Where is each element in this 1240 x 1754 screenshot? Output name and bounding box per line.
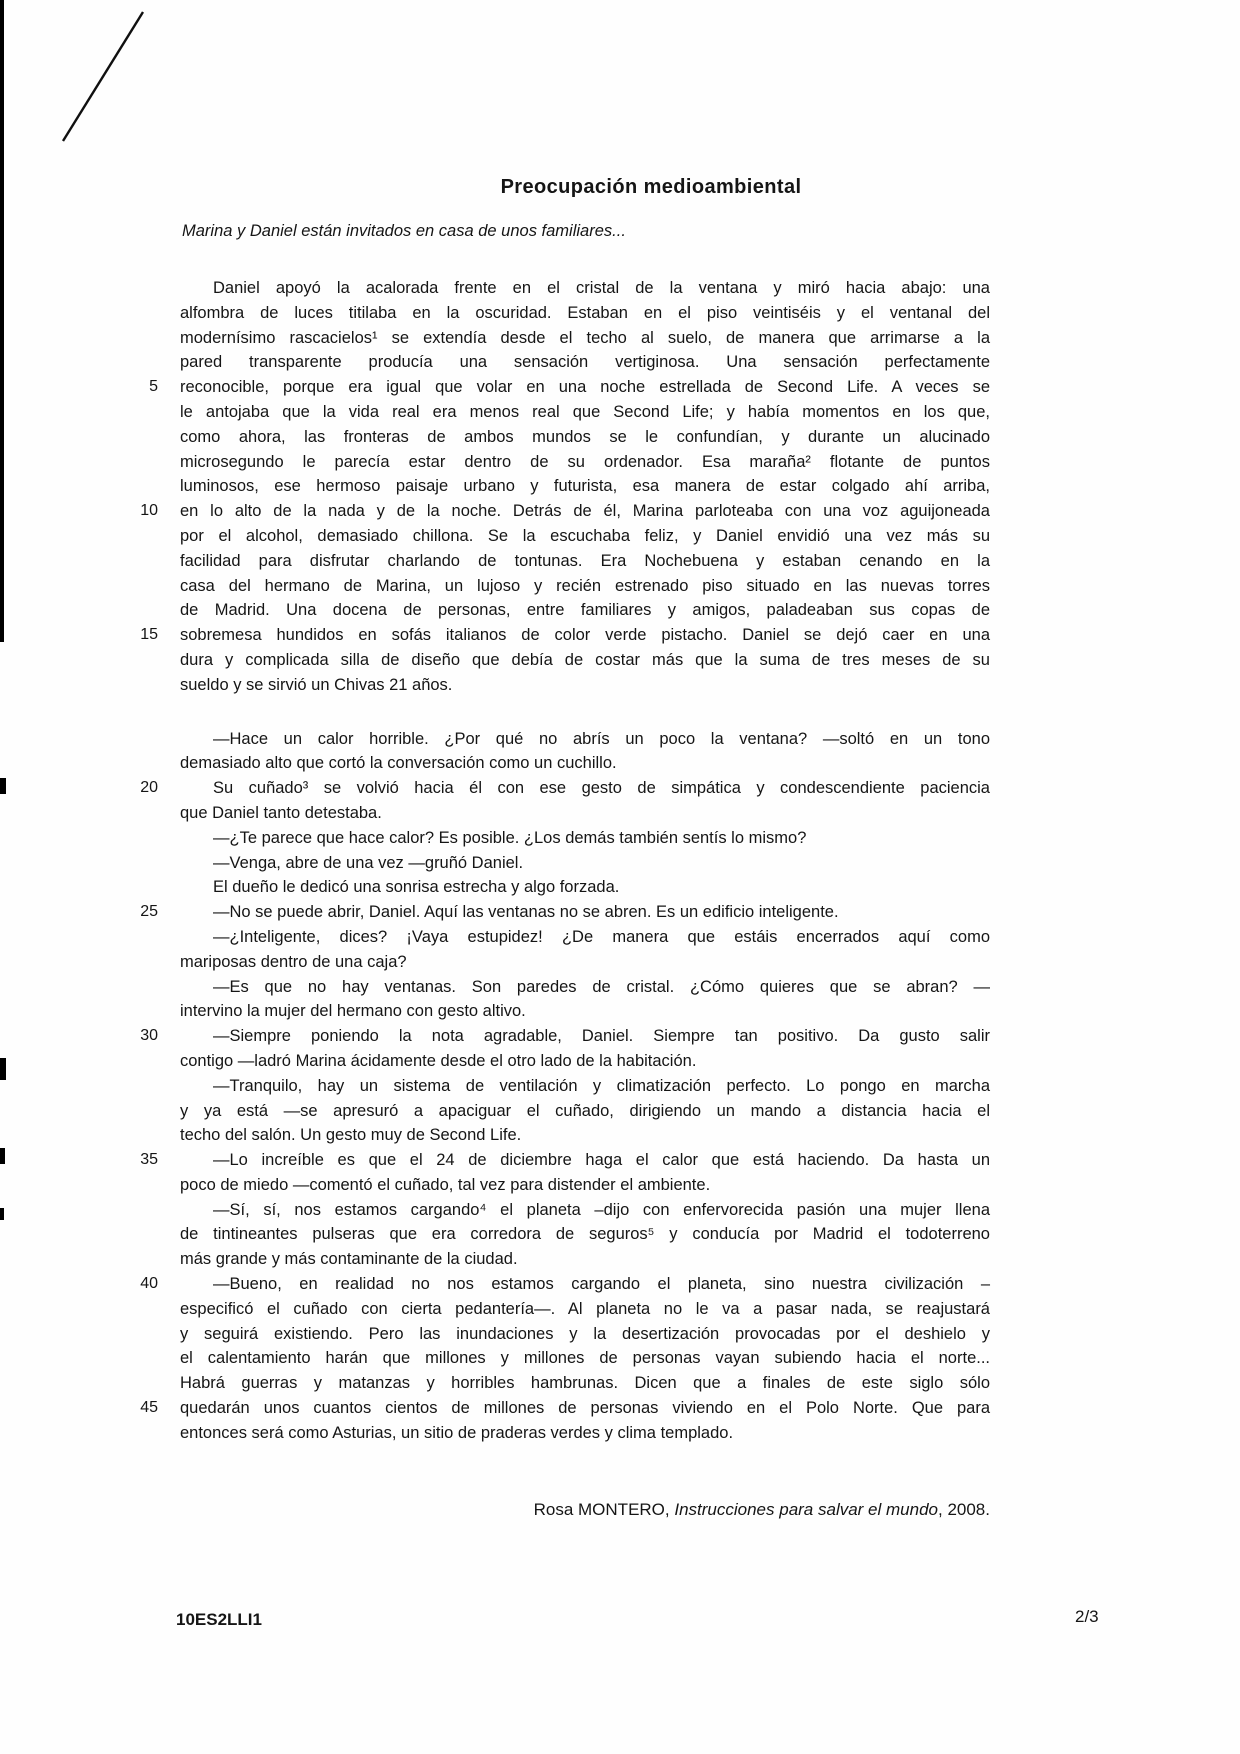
text-line: El dueño le dedicó una sonrisa estrecha … — [130, 875, 1000, 900]
line-text: casa del hermano de Marina, un lujoso y … — [180, 574, 990, 599]
line-number: 5 — [130, 375, 158, 400]
line-number: 25 — [130, 900, 158, 925]
scan-edge-strip — [0, 0, 4, 642]
line-text: pared transparente producía una sensació… — [180, 350, 990, 375]
text-line: por el alcohol, demasiado chillona. Se l… — [130, 524, 1000, 549]
line-text: dura y complicada silla de diseño que de… — [180, 648, 990, 673]
line-text: de Madrid. Una docena de personas, entre… — [180, 598, 990, 623]
line-text: —Hace un calor horrible. ¿Por qué no abr… — [180, 727, 990, 752]
page-number: 2/3 — [1075, 1607, 1099, 1627]
text-line: Habrá guerras y matanzas y horribles ham… — [130, 1371, 1000, 1396]
text-line: 20 Su cuñado³ se volvió hacia él con ese… — [130, 776, 1000, 801]
text-line: el calentamiento harán que millones y mi… — [130, 1346, 1000, 1371]
text-line: —Sí, sí, nos estamos cargando⁴ el planet… — [130, 1198, 1000, 1223]
text-line: luminosos, ese hermoso paisaje urbano y … — [130, 474, 1000, 499]
line-text: como ahora, las fronteras de ambos mundo… — [180, 425, 990, 450]
text-line: casa del hermano de Marina, un lujoso y … — [130, 574, 1000, 599]
text-line: poco de miedo —comentó el cuñado, tal ve… — [130, 1173, 1000, 1198]
text-line: entonces será como Asturias, un sitio de… — [130, 1421, 1000, 1446]
line-text: intervino la mujer del hermano con gesto… — [180, 999, 990, 1024]
line-text: en lo alto de la nada y de la noche. Det… — [180, 499, 990, 524]
text-line: mariposas dentro de una caja? — [130, 950, 1000, 975]
text-line: de tintineantes pulseras que era corredo… — [130, 1222, 1000, 1247]
line-text: más grande y más contaminante de la ciud… — [180, 1247, 990, 1272]
intro-line: Marina y Daniel están invitados en casa … — [182, 222, 626, 241]
text-line: Daniel apoyó la acalorada frente en el c… — [130, 276, 1000, 301]
line-number: 35 — [130, 1148, 158, 1173]
line-text: Su cuñado³ se volvió hacia él con ese ge… — [180, 776, 990, 801]
text-line: —Venga, abre de una vez —gruñó Daniel. — [130, 851, 1000, 876]
text-line: de Madrid. Una docena de personas, entre… — [130, 598, 1000, 623]
scan-edge-mark — [0, 1148, 5, 1164]
line-text: —Venga, abre de una vez —gruñó Daniel. — [180, 851, 990, 876]
line-number: 10 — [130, 499, 158, 524]
line-number: 30 — [130, 1024, 158, 1049]
text-body: Daniel apoyó la acalorada frente en el c… — [130, 276, 1000, 1446]
text-line: techo del salón. Un gesto muy de Second … — [130, 1123, 1000, 1148]
source-attribution: Rosa MONTERO, Instrucciones para salvar … — [180, 1500, 990, 1520]
attribution-author: Rosa MONTERO, — [534, 1500, 675, 1519]
line-number: 15 — [130, 623, 158, 648]
text-line: —Tranquilo, hay un sistema de ventilació… — [130, 1074, 1000, 1099]
scan-edge-mark — [0, 1058, 6, 1080]
text-line: —¿Inteligente, dices? ¡Vaya estupidez! ¿… — [130, 925, 1000, 950]
line-text: sobremesa hundidos en sofás italianos de… — [180, 623, 990, 648]
line-text: contigo —ladró Marina ácidamente desde e… — [180, 1049, 990, 1074]
text-line: 30 —Siempre poniendo la nota agradable, … — [130, 1024, 1000, 1049]
line-text: de tintineantes pulseras que era corredo… — [180, 1222, 990, 1247]
scan-edge-mark — [0, 778, 6, 794]
text-line: 25 —No se puede abrir, Daniel. Aquí las … — [130, 900, 1000, 925]
line-text: luminosos, ese hermoso paisaje urbano y … — [180, 474, 990, 499]
line-text: demasiado alto que cortó la conversación… — [180, 751, 990, 776]
text-line: facilidad para disfrutar charlando de to… — [130, 549, 1000, 574]
line-text: —Tranquilo, hay un sistema de ventilació… — [180, 1074, 990, 1099]
line-text: quedarán unos cuantos cientos de millone… — [180, 1396, 990, 1421]
text-line: 5 reconocible, porque era igual que vola… — [130, 375, 1000, 400]
line-text: el calentamiento harán que millones y mi… — [180, 1346, 990, 1371]
text-line: 10 en lo alto de la nada y de la noche. … — [130, 499, 1000, 524]
text-line: y seguirá existiendo. Pero las inundacio… — [130, 1322, 1000, 1347]
text-line: microsegundo le parecía estar dentro de … — [130, 450, 1000, 475]
line-text: facilidad para disfrutar charlando de to… — [180, 549, 990, 574]
line-text: Habrá guerras y matanzas y horribles ham… — [180, 1371, 990, 1396]
line-text: —Siempre poniendo la nota agradable, Dan… — [180, 1024, 990, 1049]
line-text: que Daniel tanto detestaba. — [180, 801, 990, 826]
text-line: alfombra de luces titilaba en la oscurid… — [130, 301, 1000, 326]
line-text: y seguirá existiendo. Pero las inundacio… — [180, 1322, 990, 1347]
text-line: pared transparente producía una sensació… — [130, 350, 1000, 375]
page-title: Preocupación medioambiental — [501, 176, 802, 199]
line-text: —Es que no hay ventanas. Son paredes de … — [180, 975, 990, 1000]
line-text: especificó el cuñado con cierta pedanter… — [180, 1297, 990, 1322]
line-text: entonces será como Asturias, un sitio de… — [180, 1421, 990, 1446]
diagonal-pen-mark-icon — [55, 4, 150, 149]
text-line: contigo —ladró Marina ácidamente desde e… — [130, 1049, 1000, 1074]
text-line: demasiado alto que cortó la conversación… — [130, 751, 1000, 776]
text-line: modernísimo rascacielos¹ se extendía des… — [130, 326, 1000, 351]
line-text: le antojaba que la vida real era menos r… — [180, 400, 990, 425]
line-text: —¿Te parece que hace calor? Es posible. … — [180, 826, 990, 851]
text-line: 40 —Bueno, en realidad no nos estamos ca… — [130, 1272, 1000, 1297]
line-text: microsegundo le parecía estar dentro de … — [180, 450, 990, 475]
line-number: 45 — [130, 1396, 158, 1421]
text-line: especificó el cuñado con cierta pedanter… — [130, 1297, 1000, 1322]
line-text: techo del salón. Un gesto muy de Second … — [180, 1123, 990, 1148]
line-number: 20 — [130, 776, 158, 801]
text-line: 15 sobremesa hundidos en sofás italianos… — [130, 623, 1000, 648]
line-text: —¿Inteligente, dices? ¡Vaya estupidez! ¿… — [180, 925, 990, 950]
line-text: —Sí, sí, nos estamos cargando⁴ el planet… — [180, 1198, 990, 1223]
line-text: y ya está —se apresuró a apaciguar el cu… — [180, 1099, 990, 1124]
line-text: —Lo increíble es que el 24 de diciembre … — [180, 1148, 990, 1173]
text-line: dura y complicada silla de diseño que de… — [130, 648, 1000, 673]
text-line: y ya está —se apresuró a apaciguar el cu… — [130, 1099, 1000, 1124]
text-line: 35 —Lo increíble es que el 24 de diciemb… — [130, 1148, 1000, 1173]
attribution-work-title: Instrucciones para salvar el mundo — [674, 1500, 938, 1519]
line-text: El dueño le dedicó una sonrisa estrecha … — [180, 875, 990, 900]
line-text: poco de miedo —comentó el cuñado, tal ve… — [180, 1173, 990, 1198]
line-text: reconocible, porque era igual que volar … — [180, 375, 990, 400]
document-page: Preocupación medioambiental Marina y Dan… — [0, 0, 1240, 1754]
document-code: 10ES2LLI1 — [176, 1610, 262, 1630]
line-text: mariposas dentro de una caja? — [180, 950, 990, 975]
line-text: —Bueno, en realidad no nos estamos carga… — [180, 1272, 990, 1297]
line-text: Daniel apoyó la acalorada frente en el c… — [180, 276, 990, 301]
line-text: modernísimo rascacielos¹ se extendía des… — [180, 326, 990, 351]
scan-edge-mark — [0, 1208, 4, 1220]
text-line: le antojaba que la vida real era menos r… — [130, 400, 1000, 425]
text-line: —¿Te parece que hace calor? Es posible. … — [130, 826, 1000, 851]
line-number: 40 — [130, 1272, 158, 1297]
text-line: que Daniel tanto detestaba. — [130, 801, 1000, 826]
text-line: sueldo y se sirvió un Chivas 21 años. — [130, 673, 1000, 698]
line-text: sueldo y se sirvió un Chivas 21 años. — [180, 673, 990, 698]
text-line: como ahora, las fronteras de ambos mundo… — [130, 425, 1000, 450]
line-text: alfombra de luces titilaba en la oscurid… — [180, 301, 990, 326]
attribution-year: , 2008. — [938, 1500, 990, 1519]
text-line: intervino la mujer del hermano con gesto… — [130, 999, 1000, 1024]
line-text: —No se puede abrir, Daniel. Aquí las ven… — [180, 900, 990, 925]
text-line: —Hace un calor horrible. ¿Por qué no abr… — [130, 727, 1000, 752]
text-line: 45 quedarán unos cuantos cientos de mill… — [130, 1396, 1000, 1421]
text-line: —Es que no hay ventanas. Son paredes de … — [130, 975, 1000, 1000]
line-text: por el alcohol, demasiado chillona. Se l… — [180, 524, 990, 549]
text-line: más grande y más contaminante de la ciud… — [130, 1247, 1000, 1272]
